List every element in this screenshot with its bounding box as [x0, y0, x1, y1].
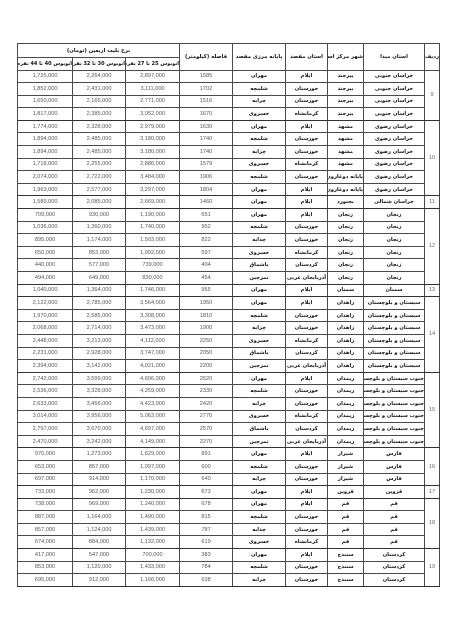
destination-province-cell: خوزستان: [286, 473, 328, 486]
price-bus-30-32-cell: 2,255,000: [73, 158, 126, 171]
price-bus-30-32-cell: 2,385,000: [73, 108, 126, 121]
origin-province-cell: جنوب سیستان و بلوچستان: [364, 397, 425, 410]
price-bus-40-44-cell: 1,650,000: [18, 95, 73, 108]
price-bus-30-32-cell: 962,000: [73, 486, 126, 499]
destination-province-cell: خوزستان: [286, 309, 328, 322]
price-bus-25-27-cell: 3,473,000: [126, 322, 180, 335]
table-row: خراسان جنوبیبیرجندخوزستانشلمچه17023,111,…: [18, 83, 440, 96]
price-bus-30-32-cell: 3,328,000: [73, 385, 126, 398]
destination-province-cell: خوزستان: [286, 574, 328, 587]
origin-province-cell: زنجان: [364, 221, 425, 234]
table-row: 10خراسان رضویمشهدایلاممهران16302,979,000…: [18, 120, 440, 133]
price-bus-25-27-cell: 1,230,000: [126, 486, 180, 499]
price-bus-30-32-cell: 547,000: [73, 549, 126, 562]
price-bus-40-44-cell: 1,894,000: [18, 146, 73, 159]
price-bus-30-32-cell: 2,264,000: [73, 70, 126, 83]
price-bus-30-32-cell: 3,456,000: [73, 397, 126, 410]
price-bus-25-27-cell: 4,021,000: [126, 360, 180, 373]
price-bus-40-44-cell: 1,970,000: [18, 309, 73, 322]
price-bus-40-44-cell: 650,000: [18, 246, 73, 259]
origin-province-cell: زنجان: [364, 259, 425, 272]
table-row: قمقمخوزستانشلمچه8151,490,0001,164,000887…: [18, 511, 440, 524]
center-city-cell: مشهد: [328, 146, 364, 159]
border-terminal-cell: خسروی: [233, 334, 286, 347]
center-city-cell: بیرجند: [328, 95, 364, 108]
center-city-cell: بیرجند: [328, 108, 364, 121]
distance-cell: 1516: [180, 95, 233, 108]
distance-cell: 1950: [180, 297, 233, 310]
distance-cell: 619: [180, 536, 233, 549]
center-city-cell: سمنان: [328, 284, 364, 297]
center-city-cell: مشهد: [328, 120, 364, 133]
row-number-cell: 11: [425, 196, 440, 209]
price-bus-25-27-cell: 3,747,000: [126, 347, 180, 360]
table-row: کردستانسنندجخوزستانشلمچه7841,433,0001,12…: [18, 561, 440, 574]
price-bus-40-44-cell: 1,725,000: [18, 70, 73, 83]
table-row: خراسان رضویمشهدکرمانشاهخسروی15792,886,00…: [18, 158, 440, 171]
border-terminal-cell: شلمچه: [233, 133, 286, 146]
origin-province-cell: خراسان رضوی: [364, 183, 425, 196]
price-bus-40-44-cell: 2,797,000: [18, 423, 73, 436]
price-bus-25-27-cell: 3,297,000: [126, 183, 180, 196]
destination-province-cell: کرمانشاه: [286, 334, 328, 347]
origin-province-cell: جنوب سیستان و بلوچستان: [364, 435, 425, 448]
price-bus-30-32-cell: 649,000: [73, 272, 126, 285]
table-row: سیستان و بلوچستانزاهدانخوزستانچزابه19003…: [18, 322, 440, 335]
price-bus-25-27-cell: 3,308,000: [126, 309, 180, 322]
distance-cell: 1670: [180, 108, 233, 121]
table-row: خراسان جنوبیبیرجندخوزستانچزابه15162,771,…: [18, 95, 440, 108]
center-city-cell: زاهدان: [328, 347, 364, 360]
destination-province-cell: ایلام: [286, 284, 328, 297]
table-row: 18قمقمایلاممهران6781,240,000969,000738,0…: [18, 498, 440, 511]
table-row: جنوب سیستان و بلوچستانریمدانخوزستانشلمچه…: [18, 385, 440, 398]
destination-province-cell: کردستان: [286, 347, 328, 360]
price-bus-40-44-cell: 2,633,000: [18, 397, 73, 410]
origin-province-cell: قزوین: [364, 486, 425, 499]
center-city-cell: مشهد: [328, 133, 364, 146]
center-city-cell: زاهدان: [328, 360, 364, 373]
price-bus-25-27-cell: 2,669,000: [126, 196, 180, 209]
center-city-cell: سنندج: [328, 561, 364, 574]
destination-province-cell: ایلام: [286, 498, 328, 511]
center-city-cell: ریمدان: [328, 372, 364, 385]
price-bus-40-44-cell: 738,000: [18, 498, 73, 511]
price-bus-40-44-cell: 2,448,000: [18, 334, 73, 347]
center-city-cell: قم: [328, 511, 364, 524]
center-city-cell: سنندج: [328, 549, 364, 562]
destination-province-cell: خوزستان: [286, 561, 328, 574]
origin-province-cell: کردستان: [364, 549, 425, 562]
price-bus-40-44-cell: 2,074,000: [18, 171, 73, 184]
price-bus-30-32-cell: 1,364,000: [73, 284, 126, 297]
price-bus-25-27-cell: 1,629,000: [126, 448, 180, 461]
table-row: فارسشیرازخوزستانچزابه6401,170,000914,000…: [18, 473, 440, 486]
price-bus-25-27-cell: 1,490,000: [126, 511, 180, 524]
price-bus-30-32-cell: 1,174,000: [73, 234, 126, 247]
price-bus-40-44-cell: 853,000: [18, 561, 73, 574]
price-bus-30-32-cell: 577,000: [73, 259, 126, 272]
price-bus-40-44-cell: 895,000: [18, 234, 73, 247]
table-body: 9خراسان جنوبیبیرجندایلاممهران15852,897,0…: [18, 70, 440, 586]
destination-province-cell: ایلام: [286, 196, 328, 209]
price-bus-30-32-cell: 3,670,000: [73, 423, 126, 436]
center-city-cell: زنجان: [328, 234, 364, 247]
origin-province-cell: خراسان رضوی: [364, 171, 425, 184]
price-bus-30-32-cell: 2,928,000: [73, 347, 126, 360]
origin-province-cell: زنجان: [364, 272, 425, 285]
border-terminal-cell: چزابه: [233, 397, 286, 410]
center-city-cell: ریمدان: [328, 385, 364, 398]
border-terminal-cell: چذابه: [233, 234, 286, 247]
distance-cell: 1740: [180, 133, 233, 146]
table-row: زنجانزنجانکردستانباشماق404739,000577,000…: [18, 259, 440, 272]
center-city-cell: قم: [328, 536, 364, 549]
price-bus-40-44-cell: 709,000: [18, 209, 73, 222]
price-bus-30-32-cell: 2,785,000: [73, 297, 126, 310]
center-city-cell: قم: [328, 523, 364, 536]
center-city-cell: زنجان: [328, 221, 364, 234]
price-bus-30-32-cell: 3,956,000: [73, 410, 126, 423]
origin-province-cell: جنوب سیستان و بلوچستان: [364, 423, 425, 436]
header-row-number: ردیف: [425, 44, 440, 71]
row-number-cell: 13: [425, 284, 440, 297]
destination-province-cell: خوزستان: [286, 385, 328, 398]
origin-province-cell: زنجان: [364, 234, 425, 247]
destination-province-cell: ایلام: [286, 120, 328, 133]
price-bus-30-32-cell: 1,273,000: [73, 448, 126, 461]
destination-province-cell: خوزستان: [286, 511, 328, 524]
price-bus-25-27-cell: 1,439,000: [126, 523, 180, 536]
price-bus-30-32-cell: 1,164,000: [73, 511, 126, 524]
distance-cell: 784: [180, 561, 233, 574]
table-row: فارسشیرازخوزستانشلمچه6001,097,000857,000…: [18, 460, 440, 473]
destination-province-cell: خوزستان: [286, 95, 328, 108]
price-bus-30-32-cell: 1,360,000: [73, 221, 126, 234]
destination-province-cell: خوزستان: [286, 460, 328, 473]
table-row: خراسان رضویپایانه دوغارونخوزستانشلمچه190…: [18, 171, 440, 184]
distance-cell: 1900: [180, 322, 233, 335]
row-number-cell: 9: [425, 70, 440, 120]
distance-cell: 640: [180, 473, 233, 486]
distance-cell: 1804: [180, 183, 233, 196]
distance-cell: 1906: [180, 171, 233, 184]
center-city-cell: بیرجند: [328, 83, 364, 96]
price-bus-40-44-cell: 2,536,000: [18, 385, 73, 398]
distance-cell: 454: [180, 272, 233, 285]
distance-cell: 678: [180, 498, 233, 511]
distance-cell: 787: [180, 523, 233, 536]
table-row: سیستان و بلوچستانزاهدانکردستانباشماق2050…: [18, 347, 440, 360]
border-terminal-cell: مهران: [233, 448, 286, 461]
header-origin-province: استان مبدا: [364, 44, 425, 71]
distance-cell: 404: [180, 259, 233, 272]
row-number-cell: 17: [425, 486, 440, 499]
border-terminal-cell: مهران: [233, 120, 286, 133]
price-bus-40-44-cell: 857,000: [18, 523, 73, 536]
table-row: زنجانزنجانخوزستانشلمچه9521,740,0001,360,…: [18, 221, 440, 234]
price-bus-30-32-cell: 912,000: [73, 574, 126, 587]
destination-province-cell: کردستان: [286, 259, 328, 272]
border-terminal-cell: باشماق: [233, 423, 286, 436]
table-row: قمقمکرمانشاهخسروی6191,132,000884,000674,…: [18, 536, 440, 549]
price-bus-40-44-cell: 494,000: [18, 272, 73, 285]
table-row: 13سمنانسمنانایلاممهران9551,746,0001,364,…: [18, 284, 440, 297]
origin-province-cell: خراسان جنوبی: [364, 95, 425, 108]
origin-province-cell: قم: [364, 536, 425, 549]
price-bus-30-32-cell: 1,124,000: [73, 523, 126, 536]
distance-cell: 2770: [180, 410, 233, 423]
price-bus-25-27-cell: 1,166,000: [126, 574, 180, 587]
center-city-cell: بجنورد: [328, 196, 364, 209]
price-bus-40-44-cell: 1,963,000: [18, 183, 73, 196]
center-city-cell: شیراز: [328, 460, 364, 473]
destination-province-cell: خوزستان: [286, 171, 328, 184]
border-terminal-cell: تمرچین: [233, 360, 286, 373]
table-row: زنجانزنجانخوزستانچذابه8221,503,0001,174,…: [18, 234, 440, 247]
border-terminal-cell: خسروی: [233, 108, 286, 121]
header-center-city: شهر مرکز استان: [328, 44, 364, 71]
destination-province-cell: ایلام: [286, 70, 328, 83]
price-bus-25-27-cell: 2,897,000: [126, 70, 180, 83]
border-terminal-cell: مهران: [233, 196, 286, 209]
distance-cell: 2270: [180, 435, 233, 448]
center-city-cell: قم: [328, 498, 364, 511]
price-bus-25-27-cell: 4,606,000: [126, 372, 180, 385]
border-terminal-cell: شلمچه: [233, 83, 286, 96]
price-bus-30-32-cell: 2,085,000: [73, 196, 126, 209]
distance-cell: 955: [180, 284, 233, 297]
origin-province-cell: جنوب سیستان و بلوچستان: [364, 385, 425, 398]
price-bus-25-27-cell: 3,052,000: [126, 108, 180, 121]
price-bus-25-27-cell: 1,170,000: [126, 473, 180, 486]
price-bus-30-32-cell: 3,599,000: [73, 372, 126, 385]
distance-cell: 815: [180, 511, 233, 524]
destination-province-cell: آذربایجان غربی: [286, 360, 328, 373]
origin-province-cell: فارس: [364, 460, 425, 473]
origin-province-cell: قم: [364, 498, 425, 511]
destination-province-cell: خوزستان: [286, 133, 328, 146]
border-terminal-cell: مهران: [233, 372, 286, 385]
border-terminal-cell: مهران: [233, 209, 286, 222]
distance-cell: 2250: [180, 334, 233, 347]
table-row: جنوب سیستان و بلوچستانریمدانخوزستانچزابه…: [18, 397, 440, 410]
price-bus-40-44-cell: 1,894,000: [18, 133, 73, 146]
destination-province-cell: کرمانشاه: [286, 410, 328, 423]
price-bus-40-44-cell: 417,000: [18, 549, 73, 562]
destination-province-cell: خوزستان: [286, 322, 328, 335]
origin-province-cell: سیستان و بلوچستان: [364, 322, 425, 335]
origin-province-cell: خراسان جنوبی: [364, 83, 425, 96]
destination-province-cell: کردستان: [286, 423, 328, 436]
price-bus-30-32-cell: 914,000: [73, 473, 126, 486]
distance-cell: 638: [180, 574, 233, 587]
price-bus-25-27-cell: 1,433,000: [126, 561, 180, 574]
origin-province-cell: کردستان: [364, 561, 425, 574]
price-bus-25-27-cell: 1,240,000: [126, 498, 180, 511]
table-row: کردستانسنندجخوزستانچزابه6381,166,000912,…: [18, 574, 440, 587]
price-bus-40-44-cell: 1,774,000: [18, 120, 73, 133]
price-bus-30-32-cell: 853,000: [73, 246, 126, 259]
origin-province-cell: خراسان رضوی: [364, 146, 425, 159]
destination-province-cell: آذربایجان غربی: [286, 435, 328, 448]
table-row: جنوب سیستان و بلوچستانریمدانآذربایجان غر…: [18, 435, 440, 448]
price-bus-30-32-cell: 884,000: [73, 536, 126, 549]
table-row: خراسان جنوبیبیرجندکرمانشاهخسروی16703,052…: [18, 108, 440, 121]
destination-province-cell: کرمانشاه: [286, 246, 328, 259]
origin-province-cell: سمنان: [364, 284, 425, 297]
price-bus-30-32-cell: 3,242,000: [73, 435, 126, 448]
price-bus-25-27-cell: 1,503,000: [126, 234, 180, 247]
distance-cell: 2520: [180, 372, 233, 385]
table-row: 12زنجانزنجانایلاممهران6511,190,000930,00…: [18, 209, 440, 222]
price-bus-40-44-cell: 2,231,000: [18, 347, 73, 360]
distance-cell: 2420: [180, 397, 233, 410]
table-row: خراسان رضویپایانه دوغارونایلاممهران18043…: [18, 183, 440, 196]
arbaeen-fare-table: ردیف استان مبدا شهر مرکز استان استان مقص…: [17, 43, 440, 587]
distance-cell: 1585: [180, 70, 233, 83]
price-bus-25-27-cell: 3,484,000: [126, 171, 180, 184]
destination-province-cell: خوزستان: [286, 523, 328, 536]
origin-province-cell: خراسان جنوبی: [364, 70, 425, 83]
row-number-cell: 12: [425, 209, 440, 285]
destination-province-cell: آذربایجان غربی: [286, 272, 328, 285]
destination-province-cell: ایلام: [286, 209, 328, 222]
distance-cell: 2200: [180, 360, 233, 373]
border-terminal-cell: مهران: [233, 486, 286, 499]
price-bus-30-32-cell: 2,431,000: [73, 83, 126, 96]
destination-province-cell: خوزستان: [286, 397, 328, 410]
center-city-cell: پایانه دوغارون: [328, 171, 364, 184]
header-bus-40-44: اتوبوس 40 تا 44 نفره: [18, 58, 73, 71]
price-bus-25-27-cell: 3,564,000: [126, 297, 180, 310]
center-city-cell: زاهدان: [328, 334, 364, 347]
price-bus-40-44-cell: 1,036,000: [18, 221, 73, 234]
center-city-cell: زنجان: [328, 246, 364, 259]
row-number-cell: 14: [425, 297, 440, 373]
origin-province-cell: جنوب سیستان و بلوچستان: [364, 410, 425, 423]
row-number-cell: 19: [425, 549, 440, 587]
distance-cell: 600: [180, 460, 233, 473]
price-bus-40-44-cell: 733,000: [18, 486, 73, 499]
table-header: ردیف استان مبدا شهر مرکز استان استان مقص…: [18, 44, 440, 71]
price-bus-40-44-cell: 1,589,000: [18, 196, 73, 209]
origin-province-cell: سیستان و بلوچستان: [364, 297, 425, 310]
origin-province-cell: قم: [364, 511, 425, 524]
price-bus-40-44-cell: 970,000: [18, 448, 73, 461]
border-terminal-cell: باشماق: [233, 347, 286, 360]
origin-province-cell: خراسان رضوی: [364, 133, 425, 146]
header-distance: فاصله (کیلومتر): [180, 44, 233, 71]
price-bus-25-27-cell: 4,149,000: [126, 435, 180, 448]
origin-province-cell: خراسان رضوی: [364, 120, 425, 133]
border-terminal-cell: باشماق: [233, 259, 286, 272]
destination-province-cell: خوزستان: [286, 83, 328, 96]
price-bus-25-27-cell: 1,746,000: [126, 284, 180, 297]
destination-province-cell: ایلام: [286, 486, 328, 499]
border-terminal-cell: خسروی: [233, 536, 286, 549]
border-terminal-cell: مهران: [233, 284, 286, 297]
origin-province-cell: زنجان: [364, 209, 425, 222]
border-terminal-cell: مهران: [233, 498, 286, 511]
header-bus-30-32: اتوبوس 30 تا 32 نفره: [73, 58, 126, 71]
destination-province-cell: ایلام: [286, 448, 328, 461]
price-bus-25-27-cell: 4,259,000: [126, 385, 180, 398]
distance-cell: 2570: [180, 423, 233, 436]
price-bus-40-44-cell: 2,122,000: [18, 297, 73, 310]
distance-cell: 1460: [180, 196, 233, 209]
price-bus-25-27-cell: 3,180,000: [126, 146, 180, 159]
table-row: 19کردستانسنندجایلاممهران383700,000547,00…: [18, 549, 440, 562]
price-bus-25-27-cell: 3,111,000: [126, 83, 180, 96]
price-bus-25-27-cell: 2,886,000: [126, 158, 180, 171]
table-row: زنجانزنجانکرمانشاهخسروی5971,092,000853,0…: [18, 246, 440, 259]
distance-cell: 597: [180, 246, 233, 259]
table-row: قمقمخوزستانچذابه7871,439,0001,124,000857…: [18, 523, 440, 536]
origin-province-cell: کردستان: [364, 574, 425, 587]
distance-cell: 651: [180, 209, 233, 222]
border-terminal-cell: شلمچه: [233, 561, 286, 574]
origin-province-cell: قم: [364, 523, 425, 536]
origin-province-cell: خراسان رضوی: [364, 158, 425, 171]
price-bus-40-44-cell: 1,817,000: [18, 108, 73, 121]
center-city-cell: ریمدان: [328, 397, 364, 410]
price-bus-40-44-cell: 887,000: [18, 511, 73, 524]
price-bus-25-27-cell: 1,097,000: [126, 460, 180, 473]
destination-province-cell: خوزستان: [286, 221, 328, 234]
price-bus-40-44-cell: 3,014,000: [18, 410, 73, 423]
arbaeen-fare-table-container: ردیف استان مبدا شهر مرکز استان استان مقص…: [17, 43, 439, 587]
distance-cell: 822: [180, 234, 233, 247]
border-terminal-cell: تمرچین: [233, 435, 286, 448]
border-terminal-cell: چزابه: [233, 574, 286, 587]
destination-province-cell: ایلام: [286, 549, 328, 562]
table-row: سیستان و بلوچستانزاهدانکرمانشاهخسروی2250…: [18, 334, 440, 347]
price-bus-30-32-cell: 1,120,000: [73, 561, 126, 574]
table-row: سیستان و بلوچستانزاهدانخوزستانشلمچه18103…: [18, 309, 440, 322]
center-city-cell: شیراز: [328, 473, 364, 486]
border-terminal-cell: شلمچه: [233, 171, 286, 184]
header-bus-25-27: اتوبوس 25 تا 27 نفره: [126, 58, 180, 71]
price-bus-25-27-cell: 4,423,000: [126, 397, 180, 410]
origin-province-cell: سیستان و بلوچستان: [364, 347, 425, 360]
border-terminal-cell: چزابه: [233, 473, 286, 486]
table-row: جنوب سیستان و بلوچستانریمدانکرمانشاهخسرو…: [18, 410, 440, 423]
destination-province-cell: خوزستان: [286, 146, 328, 159]
header-border-terminal: پایانه مرزی مقصد: [233, 44, 286, 71]
origin-province-cell: سیستان و بلوچستان: [364, 360, 425, 373]
border-terminal-cell: خسروی: [233, 158, 286, 171]
distance-cell: 1630: [180, 120, 233, 133]
price-bus-40-44-cell: 2,742,000: [18, 372, 73, 385]
distance-cell: 2050: [180, 347, 233, 360]
destination-province-cell: کرمانشاه: [286, 158, 328, 171]
price-bus-40-44-cell: 2,394,000: [18, 360, 73, 373]
center-city-cell: زنجان: [328, 259, 364, 272]
row-number-cell: 10: [425, 120, 440, 196]
price-bus-30-32-cell: 3,213,000: [73, 334, 126, 347]
distance-cell: 1740: [180, 146, 233, 159]
border-terminal-cell: مهران: [233, 183, 286, 196]
destination-province-cell: خوزستان: [286, 234, 328, 247]
price-bus-25-27-cell: 2,771,000: [126, 95, 180, 108]
border-terminal-cell: شلمچه: [233, 511, 286, 524]
price-bus-30-32-cell: 3,142,000: [73, 360, 126, 373]
origin-province-cell: زنجان: [364, 246, 425, 259]
distance-cell: 1810: [180, 309, 233, 322]
border-terminal-cell: تمرچین: [233, 272, 286, 285]
table-row: خراسان رضویمشهدخوزستانچزابه17403,180,000…: [18, 146, 440, 159]
